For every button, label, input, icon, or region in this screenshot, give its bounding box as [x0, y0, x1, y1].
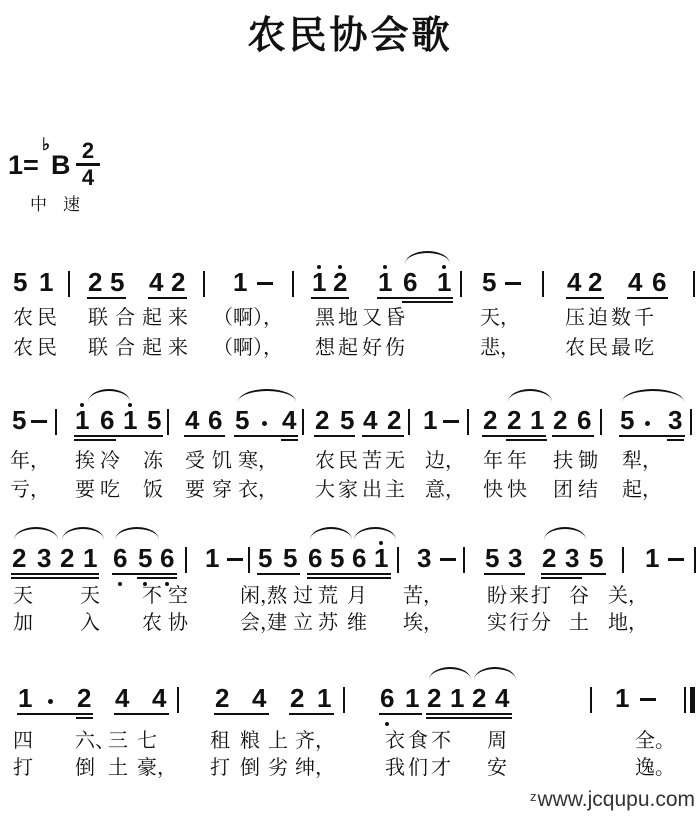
lyric-syllable: 无: [385, 450, 405, 472]
barline: [185, 547, 187, 573]
lyric-syllable: 维: [347, 612, 367, 634]
barline: [690, 409, 692, 435]
barline: [343, 687, 345, 713]
key-letter: B: [51, 150, 71, 181]
lyric-syllable: 扶: [553, 450, 573, 472]
beam-underline: [214, 713, 269, 715]
beam-underline: [281, 439, 298, 441]
lyric-syllable: 想: [315, 337, 335, 359]
slur-arc: [429, 667, 471, 680]
note-digit: 6: [208, 406, 222, 434]
note-digit: 1: [378, 268, 392, 296]
flat-icon: ♭: [42, 135, 50, 155]
lyric-syllable: （啊），: [213, 307, 283, 329]
lyric-syllable: 意，: [425, 479, 465, 501]
lyric-syllable: 打: [531, 585, 551, 607]
lyric-syllable: （啊），: [213, 337, 283, 359]
beam-underline: [377, 297, 453, 299]
note-digit: 6: [577, 406, 591, 434]
lyric-syllable: 建: [267, 612, 287, 634]
lyric-syllable: 衣，: [238, 479, 278, 501]
lyric-syllable: 年，: [10, 450, 50, 472]
lyric-syllable: 锄: [578, 450, 598, 472]
lyric-syllable: 实: [487, 612, 507, 634]
beam-underline: [11, 577, 99, 579]
beam-underline: [426, 713, 512, 715]
lyric-syllable: 行: [509, 612, 529, 634]
note-digit: 5: [482, 268, 496, 296]
beam-underline: [484, 573, 525, 575]
lyric-syllable: 加: [13, 612, 33, 634]
note-digit: 5: [235, 406, 249, 434]
note-digit: 5: [110, 268, 124, 296]
lyric-syllable: 出: [362, 479, 382, 501]
note-digit: 1: [312, 268, 326, 296]
lyric-syllable: 快: [507, 479, 527, 501]
lyric-syllable: 起: [338, 337, 358, 359]
key-prefix: 1=: [8, 150, 39, 181]
note-digit: 1: [123, 406, 137, 434]
lyric-syllable: 民: [588, 337, 608, 359]
time-signature-denominator: 4: [76, 166, 100, 189]
beam-underline: [362, 435, 404, 437]
lyric-syllable: 迫: [588, 307, 608, 329]
lyric-syllable: 冷: [100, 450, 120, 472]
key-signature: 1= ♭ B 2 4: [8, 138, 118, 198]
note-digit: 2: [507, 406, 521, 434]
beam-underline: [307, 573, 391, 575]
lyric-syllable: 年: [483, 450, 503, 472]
note-digit: 6: [113, 544, 127, 572]
note-digit: 5: [258, 544, 272, 572]
lyric-syllable: 犁，: [622, 450, 662, 472]
note-digit: 1: [423, 406, 437, 434]
lyric-syllable: 空: [168, 585, 188, 607]
beam-underline: [11, 573, 99, 575]
note-digit: 2: [215, 684, 229, 712]
note-digit: 5: [138, 544, 152, 572]
note-digit: 4: [185, 406, 199, 434]
lyric-syllable: 天: [80, 585, 100, 607]
note-digit: 1: [405, 684, 419, 712]
beam-underline: [482, 435, 546, 437]
duration-dash: [227, 558, 243, 561]
note-digit: 2: [88, 268, 102, 296]
lyric-syllable: 起: [142, 337, 162, 359]
augmentation-dot: [48, 699, 53, 704]
note-digit: 1: [317, 684, 331, 712]
beam-underline: [114, 713, 169, 715]
barline: [203, 271, 205, 297]
watermark-url: www.jcqupu.com: [537, 788, 695, 811]
barline: [463, 547, 465, 573]
lyric-syllable: 立: [293, 612, 313, 634]
note-digit: 5: [12, 406, 26, 434]
lyric-syllable: 最: [611, 337, 631, 359]
note-digit: 2: [60, 544, 74, 572]
lyric-syllable: 又: [362, 307, 382, 329]
lyric-syllable: 好: [362, 337, 382, 359]
note-digit: 1: [645, 544, 659, 572]
lyric-syllable: 地: [338, 307, 358, 329]
barline: [408, 409, 410, 435]
slur-arc: [310, 527, 352, 540]
barline: [694, 547, 696, 573]
beam-underline: [627, 297, 668, 299]
lyric-syllable: 农: [565, 337, 585, 359]
lyric-syllable: 寒，: [238, 450, 278, 472]
duration-dash: [440, 558, 456, 561]
duration-dash: [668, 558, 684, 561]
lyric-syllable: 苦: [362, 450, 382, 472]
lyric-syllable: 衣: [385, 730, 405, 752]
beam-underline: [667, 439, 684, 441]
octave-dot-high: [442, 265, 446, 269]
beam-underline: [541, 577, 582, 579]
lyric-syllable: 租: [210, 730, 230, 752]
lyric-syllable: 绅，: [295, 757, 335, 779]
lyric-syllable: 安: [487, 757, 507, 779]
tempo-marking: 中速: [30, 190, 96, 215]
duration-dash: [640, 698, 656, 701]
beam-underline: [289, 713, 334, 715]
lyric-syllable: 联: [88, 307, 108, 329]
beam-underline: [184, 435, 225, 437]
beam-underline: [234, 435, 298, 437]
note-digit: 3: [565, 544, 579, 572]
note-digit: 5: [589, 544, 603, 572]
note-digit: 4: [115, 684, 129, 712]
lyric-syllable: 天: [13, 585, 33, 607]
lyric-syllable: 民: [37, 337, 57, 359]
lyric-syllable: 要: [185, 479, 205, 501]
note-digit: 1: [615, 684, 629, 712]
note-digit: 6: [403, 268, 417, 296]
lyric-syllable: 倒: [240, 757, 260, 779]
lyric-syllable: 分: [531, 612, 551, 634]
note-digit: 6: [380, 684, 394, 712]
slur-arc: [62, 527, 104, 540]
note-digit: 4: [363, 406, 377, 434]
lyric-syllable: 快: [483, 479, 503, 501]
lyric-syllable: 大: [315, 479, 335, 501]
lyric-syllable: 吃: [634, 337, 654, 359]
final-barline-thin: [684, 687, 686, 713]
note-digit: 2: [472, 684, 486, 712]
lyric-syllable: 联: [88, 337, 108, 359]
lyric-syllable: 才: [431, 757, 451, 779]
note-digit: 3: [508, 544, 522, 572]
beam-underline: [402, 301, 453, 303]
lyric-syllable: 饭: [143, 479, 163, 501]
beam-underline: [552, 435, 594, 437]
slur-arc: [474, 667, 516, 680]
lyric-syllable: 齐，: [295, 730, 335, 752]
lyric-syllable: 数: [611, 307, 631, 329]
lyric-syllable: 我: [385, 757, 405, 779]
lyric-syllable: 家: [338, 479, 358, 501]
lyric-syllable: 上: [268, 730, 288, 752]
lyric-syllable: 月: [347, 585, 367, 607]
lyric-syllable: 地，: [608, 612, 648, 634]
lyric-syllable: 土: [108, 757, 128, 779]
lyric-syllable: 苏: [318, 612, 338, 634]
lyric-syllable: 冻: [143, 450, 163, 472]
lyric-syllable: 土: [569, 612, 589, 634]
augmentation-dot: [262, 421, 267, 426]
lyric-syllable: 民: [37, 307, 57, 329]
note-digit: 1: [83, 544, 97, 572]
lyric-syllable: 黑: [315, 307, 335, 329]
note-digit: 2: [542, 544, 556, 572]
lyric-syllable: 昏: [385, 307, 405, 329]
lyric-syllable: 吃: [100, 479, 120, 501]
lyric-syllable: 农: [315, 450, 335, 472]
lyric-syllable: 荒: [318, 585, 338, 607]
lyric-syllable: 来: [168, 307, 188, 329]
note-digit: 3: [37, 544, 51, 572]
lyric-syllable: 倒: [75, 757, 95, 779]
octave-dot-high: [128, 403, 132, 407]
barline: [55, 409, 57, 435]
duration-dash: [505, 282, 521, 285]
slur-arc: [405, 251, 450, 264]
lyric-syllable: 盼: [487, 585, 507, 607]
barline: [590, 687, 592, 713]
barline: [622, 547, 624, 573]
beam-underline: [76, 717, 93, 719]
note-digit: 1: [205, 544, 219, 572]
lyric-syllable: 关，: [608, 585, 648, 607]
lyric-syllable: 伤: [385, 337, 405, 359]
note-digit: 5: [13, 268, 27, 296]
lyric-syllable: 农: [142, 612, 162, 634]
barline: [302, 409, 304, 435]
note-digit: 5: [620, 406, 634, 434]
lyric-syllable: 来: [168, 337, 188, 359]
lyric-syllable: 打: [13, 757, 33, 779]
lyric-syllable: 谷: [569, 585, 589, 607]
note-digit: 5: [147, 406, 161, 434]
barline: [600, 409, 602, 435]
duration-dash: [257, 282, 273, 285]
lyric-syllable: 主: [385, 479, 405, 501]
octave-dot-low: [118, 582, 122, 586]
lyric-syllable: 起: [142, 307, 162, 329]
barline: [292, 271, 294, 297]
note-digit: 3: [668, 406, 682, 434]
slur-arc: [238, 389, 296, 402]
barline: [397, 547, 399, 573]
lyric-syllable: 打: [210, 757, 230, 779]
note-digit: 1: [39, 268, 53, 296]
note-digit: 6: [160, 544, 174, 572]
lyric-syllable: 压: [565, 307, 585, 329]
octave-dot-high: [383, 265, 387, 269]
beam-underline: [17, 713, 93, 715]
lyric-syllable: 三: [108, 730, 128, 752]
sheet-music-page: 农民协会歌 1= ♭ B 2 4 中速 51254211216154246农民联…: [0, 0, 700, 819]
beam-underline: [541, 573, 606, 575]
note-digit: 1: [450, 684, 464, 712]
note-digit: 4: [628, 268, 642, 296]
duration-dash: [31, 420, 47, 423]
lyric-syllable: 年: [507, 450, 527, 472]
octave-dot-high: [338, 265, 342, 269]
note-digit: 2: [553, 406, 567, 434]
octave-dot-high: [317, 265, 321, 269]
page-title: 农民协会歌: [0, 4, 700, 59]
note-digit: 5: [340, 406, 354, 434]
lyric-syllable: 合: [115, 307, 135, 329]
note-digit: 4: [152, 684, 166, 712]
note-digit: 4: [149, 268, 163, 296]
lyric-syllable: 全。: [635, 730, 675, 752]
barline: [460, 271, 462, 297]
lyric-syllable: 天，: [480, 307, 520, 329]
lyric-syllable: 周: [487, 730, 507, 752]
lyric-syllable: 农: [13, 307, 33, 329]
note-digit: 4: [282, 406, 296, 434]
beam-underline: [566, 297, 604, 299]
beam-underline: [426, 717, 512, 719]
lyric-syllable: 农: [13, 337, 33, 359]
slur-arc: [14, 527, 58, 540]
final-barline-thick: [690, 687, 695, 713]
lyric-syllable: 埃，: [403, 612, 443, 634]
beam-underline: [619, 435, 685, 437]
lyric-syllable: 食: [408, 730, 428, 752]
beam-underline: [506, 439, 547, 441]
lyric-syllable: 合: [115, 337, 135, 359]
beam-underline: [307, 577, 391, 579]
beam-underline: [379, 713, 422, 715]
lyric-syllable: 协: [168, 612, 188, 634]
lyric-syllable: 边，: [425, 450, 465, 472]
barline: [68, 271, 70, 297]
lyric-syllable: 豪，: [137, 757, 177, 779]
note-digit: 2: [77, 684, 91, 712]
watermark-logo-icon: z: [530, 789, 537, 804]
lyric-syllable: 七: [137, 730, 157, 752]
beam-underline: [74, 439, 116, 441]
duration-dash: [443, 420, 459, 423]
note-digit: 2: [483, 406, 497, 434]
note-digit: 6: [652, 268, 666, 296]
note-digit: 1: [233, 268, 247, 296]
lyric-syllable: 苦，: [403, 585, 443, 607]
lyric-syllable: 结: [578, 479, 598, 501]
time-signature: 2 4: [76, 140, 100, 189]
barline: [167, 409, 169, 435]
note-digit: 6: [352, 544, 366, 572]
barline: [248, 547, 250, 573]
lyric-syllable: 起，: [622, 479, 662, 501]
note-digit: 5: [330, 544, 344, 572]
lyric-syllable: 过: [293, 585, 313, 607]
lyric-syllable: 粮: [240, 730, 260, 752]
note-digit: 3: [417, 544, 431, 572]
lyric-syllable: 挨: [75, 450, 95, 472]
note-digit: 4: [567, 268, 581, 296]
lyric-syllable: 亏，: [10, 479, 50, 501]
slur-arc: [622, 389, 684, 402]
note-digit: 2: [387, 406, 401, 434]
note-digit: 2: [12, 544, 26, 572]
lyric-syllable: 入: [80, 612, 100, 634]
note-digit: 1: [75, 406, 89, 434]
lyric-syllable: 不: [431, 730, 451, 752]
note-digit: 1: [18, 684, 32, 712]
octave-dot-low: [385, 722, 389, 726]
barline: [467, 409, 469, 435]
barline: [542, 271, 544, 297]
lyric-syllable: 悲，: [480, 337, 520, 359]
barline: [693, 271, 695, 297]
lyric-syllable: 逸。: [635, 757, 675, 779]
lyric-syllable: 劣: [268, 757, 288, 779]
note-digit: 2: [315, 406, 329, 434]
lyric-syllable: 受: [185, 450, 205, 472]
lyric-syllable: 不: [142, 585, 162, 607]
beam-underline: [311, 297, 349, 299]
beam-underline: [74, 435, 163, 437]
octave-dot-high: [379, 541, 383, 545]
note-digit: 4: [495, 684, 509, 712]
lyric-syllable: 要: [75, 479, 95, 501]
note-digit: 1: [530, 406, 544, 434]
note-digit: 2: [588, 268, 602, 296]
note-digit: 2: [290, 684, 304, 712]
note-digit: 6: [308, 544, 322, 572]
note-digit: 5: [283, 544, 297, 572]
lyric-syllable: 饥: [212, 450, 232, 472]
slur-arc: [354, 527, 396, 540]
slur-arc: [88, 389, 130, 402]
watermark: zwww.jcqupu.com: [530, 788, 695, 812]
note-digit: 6: [100, 406, 114, 434]
slur-arc: [508, 389, 552, 402]
slur-arc: [544, 527, 586, 540]
note-digit: 2: [171, 268, 185, 296]
lyric-syllable: 四: [13, 730, 33, 752]
beam-underline: [112, 573, 177, 575]
note-digit: 2: [427, 684, 441, 712]
note-digit: 2: [333, 268, 347, 296]
lyric-syllable: 千: [634, 307, 654, 329]
beam-underline: [137, 577, 177, 579]
beam-underline: [257, 573, 300, 575]
augmentation-dot: [645, 421, 650, 426]
time-signature-numerator: 2: [76, 140, 100, 166]
octave-dot-high: [80, 403, 84, 407]
lyric-syllable: 熬: [267, 585, 287, 607]
lyric-syllable: 们: [408, 757, 428, 779]
barline: [177, 687, 179, 713]
note-digit: 5: [485, 544, 499, 572]
note-digit: 4: [252, 684, 266, 712]
lyric-syllable: 来: [509, 585, 529, 607]
lyric-syllable: 穿: [212, 479, 232, 501]
beam-underline: [148, 297, 187, 299]
note-digit: 1: [374, 544, 388, 572]
lyric-syllable: 团: [553, 479, 573, 501]
beam-underline: [87, 297, 126, 299]
note-digit: 1: [437, 268, 451, 296]
beam-underline: [314, 435, 355, 437]
lyric-syllable: 民: [338, 450, 358, 472]
slur-arc: [115, 527, 159, 540]
